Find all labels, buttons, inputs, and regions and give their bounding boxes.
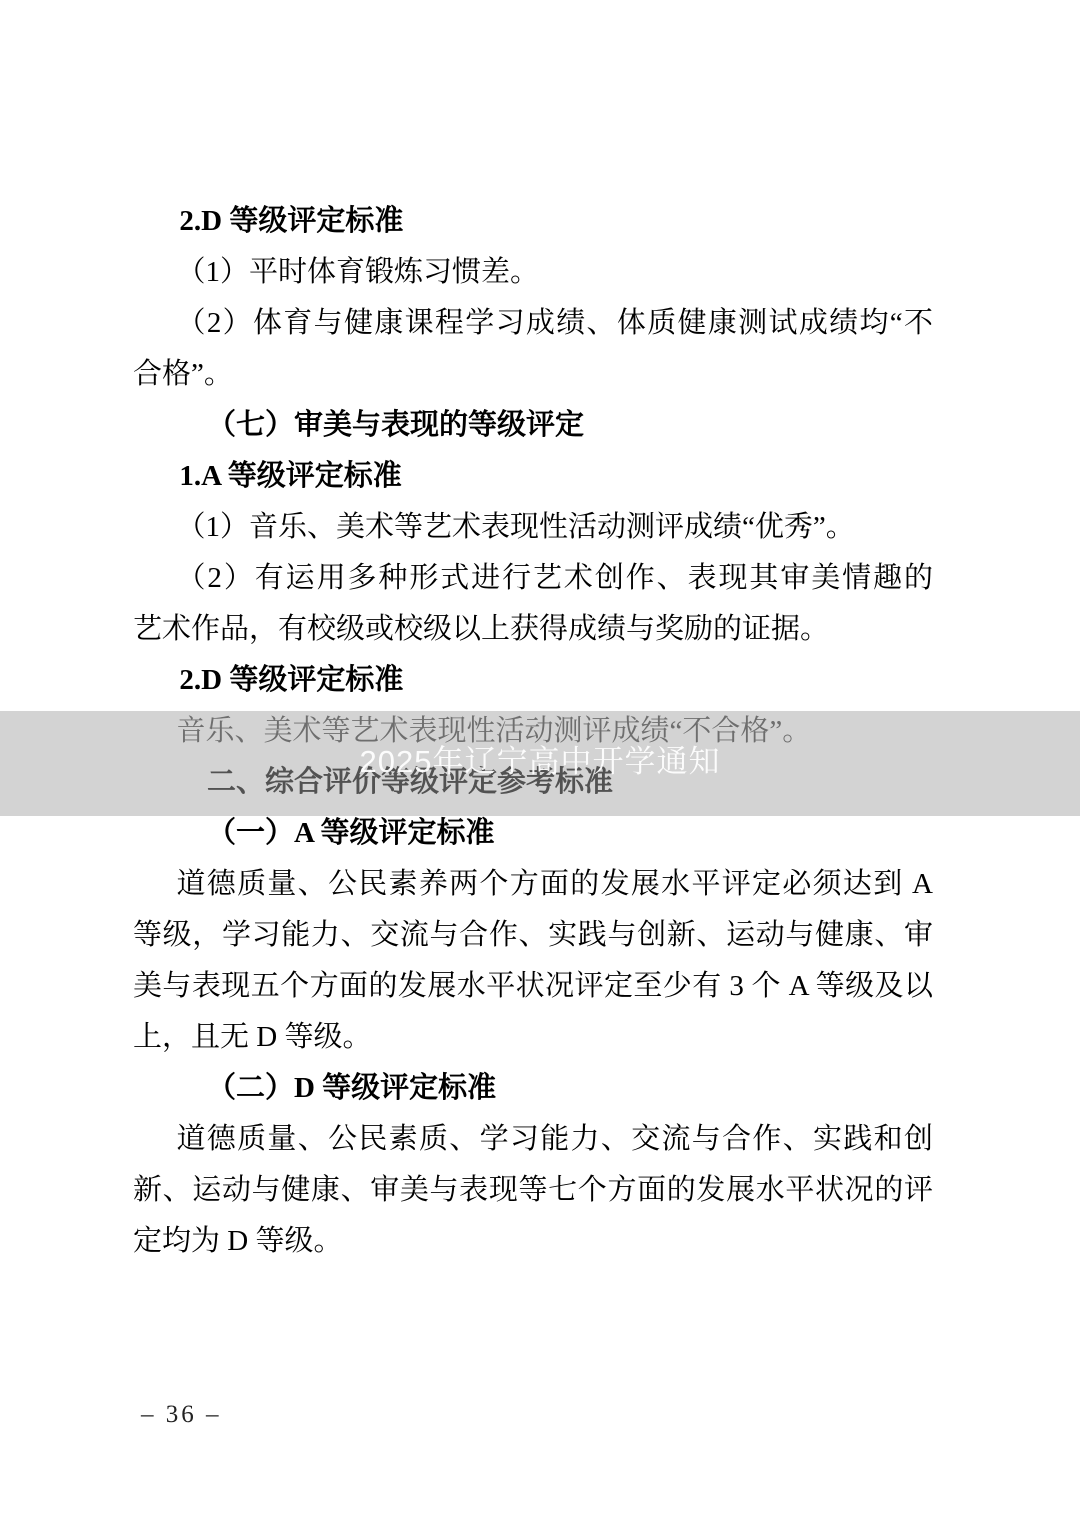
heading-1a-art: 1.A 等级评定标准 bbox=[133, 451, 933, 502]
text-line: 合格”。 bbox=[133, 349, 933, 400]
document-body: 2.D 等级评定标准 （1）平时体育锻炼习惯差。 （2）体育与健康课程学习成绩、… bbox=[133, 196, 933, 1267]
heading-section-seven: （七）审美与表现的等级评定 bbox=[133, 400, 933, 451]
text-line: 美与表现五个方面的发展水平状况评定至少有 3 个 A 等级及以 bbox=[133, 961, 933, 1012]
page-number: – 36 – bbox=[141, 1399, 222, 1431]
heading-section-two: 二、综合评价等级评定参考标准 bbox=[133, 757, 933, 808]
text-line-in-band: 音乐、美术等艺术表现性活动测评成绩“不合格”。 bbox=[133, 706, 933, 757]
document-page: { "page": { "background": "#ffffff", "te… bbox=[0, 0, 1080, 1527]
text-line: （2）有运用多种形式进行艺术创作、表现其审美情趣的 bbox=[133, 553, 933, 604]
text-line: 艺术作品，有校级或校级以上获得成绩与奖励的证据。 bbox=[133, 604, 933, 655]
text-line: （1）音乐、美术等艺术表现性活动测评成绩“优秀”。 bbox=[133, 502, 933, 553]
text-line: 道德质量、公民素质、学习能力、交流与合作、实践和创 bbox=[133, 1114, 933, 1165]
text-line: 上，且无 D 等级。 bbox=[133, 1012, 933, 1063]
text-line: 定均为 D 等级。 bbox=[133, 1216, 933, 1267]
text-line: （2）体育与健康课程学习成绩、体质健康测试成绩均“不 bbox=[133, 298, 933, 349]
text-line: 新、运动与健康、审美与表现等七个方面的发展水平状况的评 bbox=[133, 1165, 933, 1216]
heading-d-standard: （二）D 等级评定标准 bbox=[133, 1063, 933, 1114]
heading-2d-sport: 2.D 等级评定标准 bbox=[133, 196, 933, 247]
text-line: 等级，学习能力、交流与合作、实践与创新、运动与健康、审 bbox=[133, 910, 933, 961]
text-line: 道德质量、公民素养两个方面的发展水平评定必须达到 A bbox=[133, 859, 933, 910]
text-line: （1）平时体育锻炼习惯差。 bbox=[133, 247, 933, 298]
heading-a-standard: （一）A 等级评定标准 bbox=[133, 808, 933, 859]
heading-2d-art: 2.D 等级评定标准 bbox=[133, 655, 933, 706]
